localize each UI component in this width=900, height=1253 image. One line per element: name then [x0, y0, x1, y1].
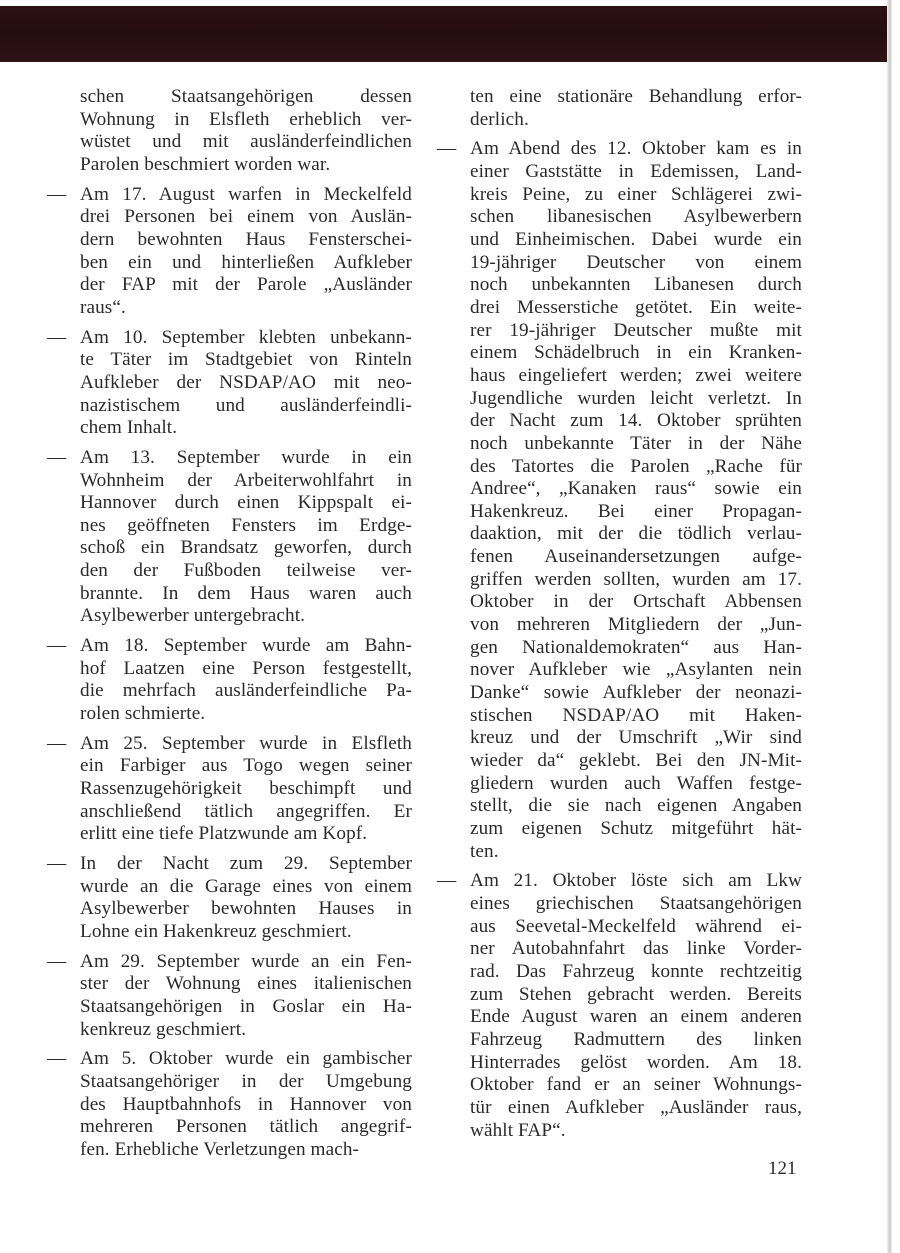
text-line: ner Autobahnfahrt das linke Vorder-	[470, 938, 802, 961]
text-line: zum eigenen Schutz mitgeführt hät-	[470, 818, 802, 841]
text-line: Fahrzeug Radmuttern des linken	[470, 1029, 802, 1052]
text-line: ster der Wohnung eines italienischen	[80, 973, 412, 996]
text-line: und Einheimischen. Dabei wurde ein	[470, 229, 802, 252]
text-line: Andree“, „Kanaken raus“ sowie ein	[470, 478, 802, 501]
list-item: —Am 25. September wurde in Elsflethein F…	[80, 733, 412, 846]
text-line: des Hauptbahnhofs in Hannover von	[80, 1094, 412, 1117]
text-line: die mehrfach ausländerfeindliche Pa-	[80, 680, 412, 703]
text-line: gen Nationaldemokraten“ aus Han-	[470, 637, 802, 660]
text-line: wählt FAP“.	[470, 1120, 802, 1143]
dash-bullet-icon: —	[437, 138, 459, 161]
text-line: rer 19-jähriger Deutscher mußte mit	[470, 320, 802, 343]
text-line: wieder da“ geklebt. Bei den JN-Mit-	[470, 750, 802, 773]
text-line: stischen NSDAP/AO mit Haken-	[470, 705, 802, 728]
continued-paragraph: schen Staatsangehörigen dessenWohnung in…	[80, 86, 412, 177]
text-line: te Täter im Stadtgebiet von Rinteln	[80, 349, 412, 372]
text-line: Am 5. Oktober wurde ein gambischer	[80, 1048, 412, 1071]
text-line: raus“.	[80, 297, 412, 320]
text-line: drei Personen bei einem von Auslän-	[80, 206, 412, 229]
text-line: ten.	[470, 841, 802, 864]
list-item: —Am 13. September wurde in einWohnheim d…	[80, 447, 412, 628]
text-line: schen libanesischen Asylbewerbern	[470, 206, 802, 229]
text-line: mehreren Personen tätlich angegrif-	[80, 1116, 412, 1139]
dash-bullet-icon: —	[47, 853, 69, 876]
page-edge-shadow	[887, 0, 892, 1253]
text-line: fen. Erhebliche Verletzungen mach-	[80, 1139, 412, 1162]
text-line: chem Inhalt.	[80, 417, 412, 440]
text-line: griffen werden sollten, wurden am 17.	[470, 569, 802, 592]
text-line: Hinterrades gelöst worden. Am 18.	[470, 1052, 802, 1075]
text-line: schoß ein Brandsatz geworfen, durch	[80, 537, 412, 560]
text-line: ten eine stationäre Behandlung erfor-	[470, 86, 802, 109]
list-item: —Am 5. Oktober wurde ein gambischerStaat…	[80, 1048, 412, 1161]
text-line: zum Stehen gebracht werden. Bereits	[470, 984, 802, 1007]
list-item: —Am 21. Oktober löste sich am Lkweines g…	[470, 870, 802, 1142]
continued-paragraph: ten eine stationäre Behandlung erfor-der…	[470, 86, 802, 131]
text-line: aus Seevetal-Meckelfeld während ei-	[470, 916, 802, 939]
text-line: hof Laatzen eine Person festgestellt,	[80, 658, 412, 681]
text-line: kreis Peine, zu einer Schlägerei zwi-	[470, 184, 802, 207]
text-line: Hakenkreuz. Bei einer Propagan-	[470, 501, 802, 524]
dash-bullet-icon: —	[47, 733, 69, 756]
text-line: den der Fußboden teilweise ver-	[80, 560, 412, 583]
text-line: Am 10. September klebten unbekann-	[80, 327, 412, 350]
text-line: der FAP mit der Parole „Ausländer	[80, 274, 412, 297]
text-line: 19-jähriger Deutscher von einem	[470, 252, 802, 275]
dash-bullet-icon: —	[47, 635, 69, 658]
text-line: noch unbekannten Libanesen durch	[470, 274, 802, 297]
list-item: —Am 17. August warfen in Meckelfelddrei …	[80, 184, 412, 320]
text-line: des Tatortes die Parolen „Rache für	[470, 456, 802, 479]
text-line: gliedern wurden auch Waffen festge-	[470, 773, 802, 796]
text-line: rad. Das Fahrzeug konnte rechtzeitig	[470, 961, 802, 984]
list-item: —Am 18. September wurde am Bahn-hof Laat…	[80, 635, 412, 726]
text-line: wüstet und mit ausländerfeindlichen	[80, 131, 412, 154]
text-line: haus eingeliefert werden; zwei weitere	[470, 365, 802, 388]
text-line: nover Aufkleber wie „Asylanten nein	[470, 659, 802, 682]
text-line: brannte. In dem Haus waren auch	[80, 583, 412, 606]
text-line: Am 21. Oktober löste sich am Lkw	[470, 870, 802, 893]
text-line: Asylbewerber bewohnten Hauses in	[80, 898, 412, 921]
list-item: —In der Nacht zum 29. Septemberwurde an …	[80, 853, 412, 944]
text-line: Wohnung in Elsfleth erheblich ver-	[80, 109, 412, 132]
text-line: eines griechischen Staatsangehörigen	[470, 893, 802, 916]
text-line: fenen Auseinandersetzungen aufge-	[470, 546, 802, 569]
text-line: ein Farbiger aus Togo wegen seiner	[80, 755, 412, 778]
text-line: wurde an die Garage eines von einem	[80, 876, 412, 899]
text-line: Oktober fand er an seiner Wohnungs-	[470, 1074, 802, 1097]
left-column: schen Staatsangehörigen dessenWohnung in…	[80, 86, 412, 1169]
text-line: einem Schädelbruch in ein Kranken-	[470, 342, 802, 365]
text-line: Jugendliche wurden leicht verletzt. In	[470, 388, 802, 411]
text-line: der Nacht zum 14. Oktober sprühten	[470, 410, 802, 433]
dash-bullet-icon: —	[47, 447, 69, 470]
text-line: ben ein und hinterließen Aufkleber	[80, 252, 412, 275]
text-line: noch unbekannte Täter in der Nähe	[470, 433, 802, 456]
text-line: Staatsangehöriger in der Umgebung	[80, 1071, 412, 1094]
text-line: Staatsangehörigen in Goslar ein Ha-	[80, 996, 412, 1019]
dash-bullet-icon: —	[47, 184, 69, 207]
dash-bullet-icon: —	[47, 327, 69, 350]
text-line: schen Staatsangehörigen dessen	[80, 86, 412, 109]
text-line: anschließend tätlich angegriffen. Er	[80, 801, 412, 824]
page-number: 121	[768, 1158, 797, 1180]
text-line: tür einen Aufkleber „Ausländer raus,	[470, 1097, 802, 1120]
text-line: Am 29. September wurde an ein Fen-	[80, 951, 412, 974]
text-line: Am 17. August warfen in Meckelfeld	[80, 184, 412, 207]
text-line: Am 18. September wurde am Bahn-	[80, 635, 412, 658]
dash-bullet-icon: —	[47, 1048, 69, 1071]
text-line: Ende August waren an einem anderen	[470, 1006, 802, 1029]
right-column: ten eine stationäre Behandlung erfor-der…	[470, 86, 802, 1149]
text-line: einer Gaststätte in Edemissen, Land-	[470, 161, 802, 184]
text-line: Lohne ein Hakenkreuz geschmiert.	[80, 921, 412, 944]
list-item: —Am Abend des 12. Oktober kam es ineiner…	[470, 138, 802, 863]
dash-bullet-icon: —	[437, 870, 459, 893]
text-line: In der Nacht zum 29. September	[80, 853, 412, 876]
dash-bullet-icon: —	[47, 951, 69, 974]
text-line: nes geöffneten Fensters im Erdge-	[80, 515, 412, 538]
text-line: Asylbewerber untergebracht.	[80, 605, 412, 628]
text-line: drei Messerstiche getötet. Ein weite-	[470, 297, 802, 320]
text-line: Hannover durch einen Kippspalt ei-	[80, 492, 412, 515]
page-header-bar	[0, 6, 889, 62]
list-item: —Am 10. September klebten unbekann-te Tä…	[80, 327, 412, 440]
text-line: erlitt eine tiefe Platzwunde am Kopf.	[80, 823, 412, 846]
text-line: Danke“ sowie Aufkleber der neonazi-	[470, 682, 802, 705]
text-line: Am 13. September wurde in ein	[80, 447, 412, 470]
text-line: Aufkleber der NSDAP/AO mit neo-	[80, 372, 412, 395]
text-line: nazistischem und ausländerfeindli-	[80, 395, 412, 418]
text-line: kenkreuz geschmiert.	[80, 1019, 412, 1042]
text-line: dern bewohnten Haus Fensterschei-	[80, 229, 412, 252]
text-line: von mehreren Mitgliedern der „Jun-	[470, 614, 802, 637]
text-line: daaktion, mit der die tödlich verlau-	[470, 523, 802, 546]
text-line: derlich.	[470, 109, 802, 132]
text-line: Rassenzugehörigkeit beschimpft und	[80, 778, 412, 801]
text-line: rolen schmierte.	[80, 703, 412, 726]
text-line: stellt, die sie nach eigenen Angaben	[470, 795, 802, 818]
text-line: Oktober in der Ortschaft Abbensen	[470, 591, 802, 614]
text-line: Am Abend des 12. Oktober kam es in	[470, 138, 802, 161]
text-line: kreuz und der Umschrift „Wir sind	[470, 727, 802, 750]
text-line: Wohnheim der Arbeiterwohlfahrt in	[80, 470, 412, 493]
text-line: Parolen beschmiert worden war.	[80, 154, 412, 177]
text-line: Am 25. September wurde in Elsfleth	[80, 733, 412, 756]
list-item: —Am 29. September wurde an ein Fen-ster …	[80, 951, 412, 1042]
